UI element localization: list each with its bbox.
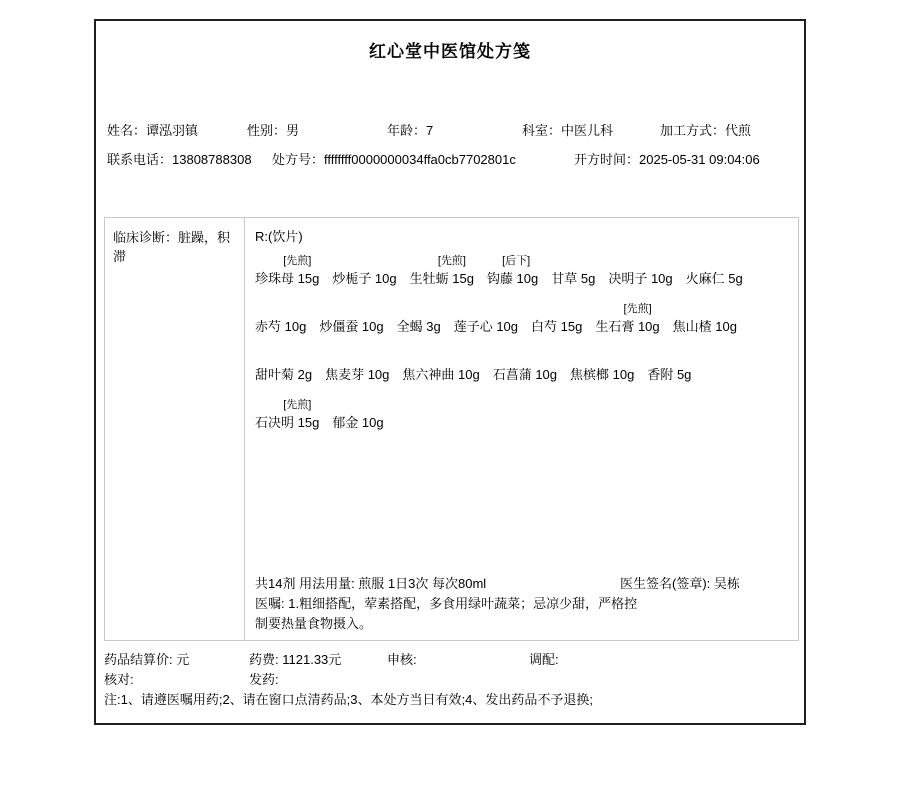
rx-header: R:(饮片) <box>255 228 790 246</box>
decoction-annotation <box>570 350 634 365</box>
prescription-number-field: 处方号：ffffffff0000000034ffa0cb7702801c <box>272 150 516 170</box>
decoction-annotation <box>325 350 389 365</box>
dispense-field: 发药: <box>249 670 279 690</box>
decoction-annotation <box>551 254 595 269</box>
medicine-text: 赤芍 10g <box>255 317 306 337</box>
medicine-item: 火麻仁 5g <box>686 254 743 289</box>
settle-price-label: 药品结算价: <box>104 652 173 667</box>
footer-note: 注:1、请遵医嘱用药;2、请在窗口点清药品;3、本处方当日有效;4、发出药品不予… <box>104 690 593 710</box>
fee-label: 药费: <box>249 652 279 667</box>
diagnosis-cell: 临床诊断：脏躁，积滞 <box>105 218 245 640</box>
medicine-item: 白芍 15g <box>531 302 582 337</box>
decoction-annotation: [先煎] <box>255 254 319 269</box>
prescribe-time-field: 开方时间：2025-05-31 09:04:06 <box>574 150 760 170</box>
medicine-item: 焦六神曲 10g <box>402 350 479 385</box>
footer-row-1: 药品结算价: 元 药费: 1121.33元 申核: 调配: <box>96 650 804 670</box>
medicine-text: 焦山楂 10g <box>673 317 737 337</box>
medicine-text: 决明子 10g <box>608 269 672 289</box>
fee-field: 药费: 1121.33元 <box>249 650 341 670</box>
medicine-text: 甘草 5g <box>551 269 595 289</box>
decoction-annotation <box>493 350 557 365</box>
fee-value: 1121.33元 <box>282 652 341 667</box>
medicine-item: 炒栀子 10g <box>332 254 396 289</box>
prescription-body-box: 临床诊断：脏躁，积滞 R:(饮片) [先煎]珍珠母 15g 炒栀子 10g[先煎… <box>104 217 799 641</box>
prescription-sheet: 红心堂中医馆处方笺 姓名：谭泓羽镇 性别：男 年龄：7 科室：中医儿科 加工方式… <box>94 19 806 725</box>
rx-cell: R:(饮片) [先煎]珍珠母 15g 炒栀子 10g[先煎]生牡蛎 15g[后下… <box>245 218 798 640</box>
medicine-item: 全蝎 3g <box>397 302 441 337</box>
patient-age-label: 年龄： <box>387 123 426 138</box>
decoction-annotation <box>332 254 396 269</box>
decoction-annotation <box>255 350 312 365</box>
prescribe-time-label: 开方时间： <box>574 152 639 167</box>
medicine-text: 甜叶菊 2g <box>255 365 312 385</box>
medicine-item: 焦槟榔 10g <box>570 350 634 385</box>
doctor-signature: 医生签名(签章): 吴栋 <box>620 574 740 594</box>
phone-value: 13808788308 <box>172 152 252 167</box>
medicine-item: [先煎]石决明 15g <box>255 398 319 433</box>
review-label: 申核: <box>387 652 417 667</box>
medicine-item: 香附 5g <box>647 350 691 385</box>
patient-name-label: 姓名： <box>107 123 146 138</box>
phone-label: 联系电话： <box>107 152 172 167</box>
medicine-item: [后下]钩藤 10g <box>487 254 538 289</box>
medicine-item: 石菖蒲 10g <box>493 350 557 385</box>
patient-age-value: 7 <box>426 123 433 138</box>
decoction-annotation <box>319 302 383 317</box>
patient-gender-field: 性别：男 <box>247 121 299 141</box>
review-field: 申核: <box>387 650 417 670</box>
patient-age-field: 年龄：7 <box>387 121 433 141</box>
prescription-number-value: ffffffff0000000034ffa0cb7702801c <box>324 152 516 167</box>
medicine-item: 炒僵蚕 10g <box>319 302 383 337</box>
decoction-annotation: [先煎] <box>410 254 474 269</box>
decoction-annotation <box>608 254 672 269</box>
prescribe-time-value: 2025-05-31 09:04:06 <box>639 152 760 167</box>
rx-line: [先煎]石决明 15g 郁金 10g <box>255 398 790 433</box>
medicine-item: 郁金 10g <box>332 398 383 433</box>
settle-price-field: 药品结算价: 元 <box>104 650 189 670</box>
patient-gender-value: 男 <box>286 123 299 138</box>
rx-line: 甜叶菊 2g 焦麦芽 10g 焦六神曲 10g 石菖蒲 10g 焦槟榔 10g … <box>255 350 790 385</box>
dispense-label: 发药: <box>249 672 279 687</box>
medicine-item: 莲子心 10g <box>454 302 518 337</box>
decoction-annotation <box>531 302 582 317</box>
medicine-text: 炒栀子 10g <box>332 269 396 289</box>
rx-bottom-block: 共14剂 用法用量: 煎服 1日3次 每次80ml 医生签名(签章): 吴栋 医… <box>255 574 790 634</box>
clinic-title: 红心堂中医馆处方笺 <box>96 37 804 62</box>
doctor-advice: 医嘱: 1.粗细搭配，荤素搭配，多食用绿叶蔬菜；忌凉少甜，严格控制要热量食物摄入… <box>255 594 643 634</box>
decoction-annotation: [先煎] <box>595 302 659 317</box>
decoction-annotation <box>686 254 743 269</box>
footer-row-2: 核对: 发药: <box>96 670 804 690</box>
medicine-text: 炒僵蚕 10g <box>319 317 383 337</box>
processing-method-field: 加工方式：代煎 <box>660 121 751 141</box>
medicine-item: 甘草 5g <box>551 254 595 289</box>
medicine-text: 莲子心 10g <box>454 317 518 337</box>
medicine-text: 白芍 15g <box>531 317 582 337</box>
patient-info-row-1: 姓名：谭泓羽镇 性别：男 年龄：7 科室：中医儿科 加工方式：代煎 <box>96 121 804 141</box>
medicine-item: 焦山楂 10g <box>673 302 737 337</box>
page-canvas: 红心堂中医馆处方笺 姓名：谭泓羽镇 性别：男 年龄：7 科室：中医儿科 加工方式… <box>0 0 900 800</box>
patient-name-field: 姓名：谭泓羽镇 <box>107 121 198 141</box>
diagnosis-label: 临床诊断： <box>113 230 178 245</box>
medicine-item: [先煎]生牡蛎 15g <box>410 254 474 289</box>
decoction-annotation <box>255 302 306 317</box>
patient-info-row-2: 联系电话：13808788308 处方号：ffffffff0000000034f… <box>96 150 804 170</box>
patient-gender-label: 性别： <box>247 123 286 138</box>
check-field: 核对: <box>104 670 134 690</box>
medicine-text: 石菖蒲 10g <box>493 365 557 385</box>
decoction-annotation <box>673 302 737 317</box>
processing-method-label: 加工方式： <box>660 123 725 138</box>
decoction-annotation <box>397 302 441 317</box>
processing-method-value: 代煎 <box>725 123 751 138</box>
medicine-text: 石决明 15g <box>255 413 319 433</box>
department-label: 科室： <box>522 123 561 138</box>
rx-lines: [先煎]珍珠母 15g 炒栀子 10g[先煎]生牡蛎 15g[后下]钩藤 10g… <box>255 254 790 446</box>
rx-line: 赤芍 10g 炒僵蚕 10g 全蝎 3g 莲子心 10g 白芍 15g[先煎]生… <box>255 302 790 337</box>
prescription-number-label: 处方号： <box>272 152 324 167</box>
rx-line: [先煎]珍珠母 15g 炒栀子 10g[先煎]生牡蛎 15g[后下]钩藤 10g… <box>255 254 790 289</box>
medicine-text: 钩藤 10g <box>487 269 538 289</box>
department-value: 中医儿科 <box>561 123 613 138</box>
medicine-text: 焦麦芽 10g <box>325 365 389 385</box>
medicine-text: 焦六神曲 10g <box>402 365 479 385</box>
medicine-item: 决明子 10g <box>608 254 672 289</box>
medicine-item: [先煎]珍珠母 15g <box>255 254 319 289</box>
medicine-item: 焦麦芽 10g <box>325 350 389 385</box>
phone-field: 联系电话：13808788308 <box>107 150 252 170</box>
medicine-text: 珍珠母 15g <box>255 269 319 289</box>
decoction-annotation <box>402 350 479 365</box>
medicine-item: 甜叶菊 2g <box>255 350 312 385</box>
decoction-annotation <box>332 398 383 413</box>
medicine-item: 赤芍 10g <box>255 302 306 337</box>
medicine-text: 郁金 10g <box>332 413 383 433</box>
decoction-annotation: [先煎] <box>255 398 319 413</box>
medicine-text: 全蝎 3g <box>397 317 441 337</box>
prepare-field: 调配: <box>529 650 559 670</box>
prepare-label: 调配: <box>529 652 559 667</box>
medicine-item: [先煎]生石膏 10g <box>595 302 659 337</box>
patient-name-value: 谭泓羽镇 <box>146 123 198 138</box>
decoction-annotation: [后下] <box>487 254 538 269</box>
medicine-text: 香附 5g <box>647 365 691 385</box>
decoction-annotation <box>454 302 518 317</box>
decoction-annotation <box>647 350 691 365</box>
check-label: 核对: <box>104 672 134 687</box>
settle-price-unit: 元 <box>176 652 189 667</box>
medicine-text: 生石膏 10g <box>595 317 659 337</box>
medicine-text: 火麻仁 5g <box>686 269 743 289</box>
medicine-text: 生牡蛎 15g <box>410 269 474 289</box>
department-field: 科室：中医儿科 <box>522 121 613 141</box>
medicine-text: 焦槟榔 10g <box>570 365 634 385</box>
